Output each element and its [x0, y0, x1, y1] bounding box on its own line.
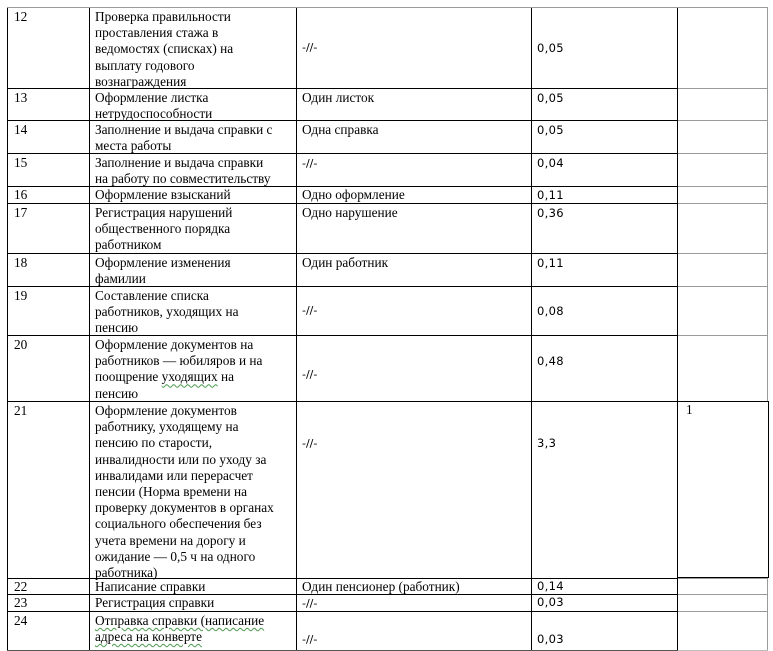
extra-column	[677, 579, 768, 594]
table-row: 24 Отправка справки (написание адреса на…	[7, 612, 768, 650]
unit-of-measure: Одна справка	[296, 121, 532, 153]
table-row: 14 Заполнение и выдача справки с места р…	[7, 121, 768, 153]
task-name: Регистрация справки	[89, 595, 297, 611]
extra-column	[677, 121, 768, 153]
table-row: 16 Оформление взысканий Одно оформление …	[7, 187, 768, 203]
table-row: 20 Оформление документов на работников —…	[7, 336, 768, 401]
extra-column	[677, 154, 768, 186]
task-name: Заполнение и выдача справки на работу по…	[89, 154, 297, 186]
unit-of-measure: -//-	[296, 154, 532, 186]
time-norm: 0,08	[531, 287, 678, 335]
table-row: 23 Регистрация справки -//- 0,03	[7, 595, 768, 611]
extra-column	[677, 8, 768, 88]
task-name: Составление списка работников, уходящих …	[89, 287, 297, 335]
row-number: 13	[7, 89, 90, 120]
unit-of-measure: Один пенсионер (работник)	[296, 579, 532, 594]
task-name: Написание справки	[89, 579, 297, 594]
table-row: 15 Заполнение и выдача справки на работу…	[7, 154, 768, 186]
time-norm: 0,04	[531, 154, 678, 186]
row-number: 14	[7, 121, 90, 153]
row-number: 24	[7, 612, 90, 650]
time-norm: 0,11	[531, 254, 678, 286]
row-number: 17	[7, 204, 90, 253]
extra-column	[677, 254, 768, 286]
task-name: Отправка справки (написание адреса на ко…	[89, 612, 297, 650]
time-norm: 0,48	[531, 336, 678, 401]
unit-of-measure: -//-	[296, 612, 532, 650]
table-row: 13 Оформление листка нетрудоспособности …	[7, 89, 768, 120]
task-name: Оформление изменения фамилии	[89, 254, 297, 286]
extra-column	[677, 612, 768, 650]
extra-column	[677, 187, 768, 203]
task-name: Оформление документов работнику, уходяще…	[89, 402, 297, 578]
row-number: 19	[7, 287, 90, 335]
unit-of-measure: Один работник	[296, 254, 532, 286]
unit-of-measure: Одно оформление	[296, 187, 532, 203]
time-norm: 0,05	[531, 89, 678, 120]
table-row: 12 Проверка правильности проставления ст…	[7, 8, 768, 88]
table-row: 22 Написание справки Один пенсионер (раб…	[7, 579, 768, 594]
unit-of-measure: -//-	[296, 8, 532, 88]
spellcheck-mark: уходящих	[162, 369, 218, 384]
unit-of-measure: Один листок	[296, 89, 532, 120]
task-name: Оформление документов на работников — юб…	[89, 336, 297, 401]
time-norm: 0,11	[531, 187, 678, 203]
extra-column	[677, 595, 768, 611]
row-number: 15	[7, 154, 90, 186]
time-norm: 0,36	[531, 204, 678, 253]
extra-column	[677, 336, 768, 401]
unit-of-measure: -//-	[296, 402, 532, 578]
time-norm: 0,03	[531, 612, 678, 650]
table-row: 17 Регистрация нарушений общественного п…	[7, 204, 768, 253]
task-name: Проверка правильности проставления стажа…	[89, 8, 297, 88]
unit-of-measure: -//-	[296, 595, 532, 611]
unit-of-measure: -//-	[296, 287, 532, 335]
time-norm: 0,03	[531, 595, 678, 611]
row-number: 23	[7, 595, 90, 611]
time-norm: 0,05	[531, 8, 678, 88]
task-name: Оформление взысканий	[89, 187, 297, 203]
row-number: 21	[7, 402, 90, 578]
row-number: 16	[7, 187, 90, 203]
row-number: 18	[7, 254, 90, 286]
row-number: 12	[7, 8, 90, 88]
time-norm: 3,3	[531, 402, 678, 578]
extra-column: 1	[677, 401, 769, 578]
task-name: Заполнение и выдача справки с места рабо…	[89, 121, 297, 153]
row-number: 22	[7, 579, 90, 594]
table-row: 19 Составление списка работников, уходящ…	[7, 287, 768, 335]
task-name: Регистрация нарушений общественного поря…	[89, 204, 297, 253]
row-number: 20	[7, 336, 90, 401]
unit-of-measure: -//-	[296, 336, 532, 401]
unit-of-measure: Одно нарушение	[296, 204, 532, 253]
table-row: 18 Оформление изменения фамилии Один раб…	[7, 254, 768, 286]
document-page: 12 Проверка правильности проставления ст…	[0, 0, 773, 651]
table-row: 21 Оформление документов работнику, уход…	[7, 402, 768, 578]
time-norm: 0,14	[531, 579, 678, 594]
extra-column	[677, 89, 768, 120]
extra-column	[677, 287, 768, 335]
time-norm: 0,05	[531, 121, 678, 153]
task-name: Оформление листка нетрудоспособности	[89, 89, 297, 120]
extra-column	[677, 204, 768, 253]
